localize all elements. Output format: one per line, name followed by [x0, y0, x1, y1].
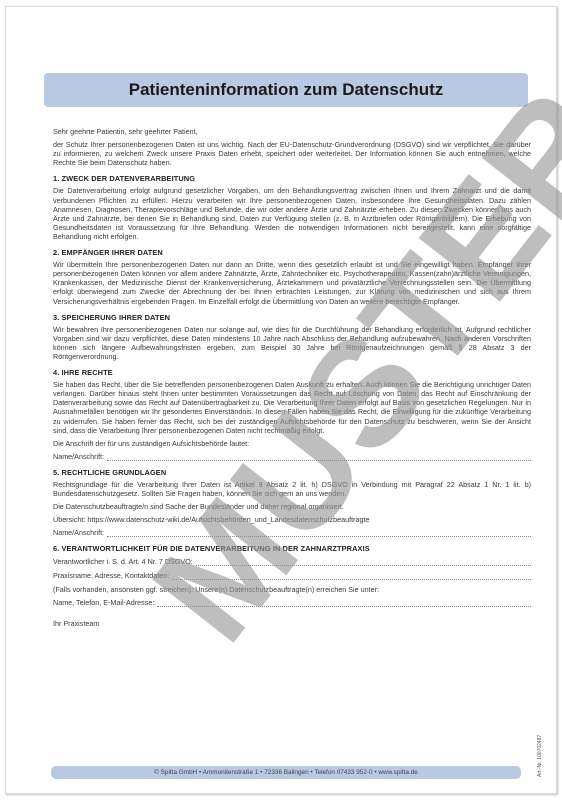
footer-banner: © Spitta GmbH • Ammonitenstraße 1 • 7233… — [51, 766, 521, 779]
document-body: Sehr geehrte Patientin, sehr geehrter Pa… — [53, 127, 531, 632]
contact-details-line[interactable] — [157, 599, 531, 607]
practice-details-field[interactable]: Praxisname, Adresse, Kontaktdaten: — [53, 571, 531, 580]
section-5-text: Rechtsgrundlage für die Verarbeitung Ihr… — [53, 480, 531, 498]
section-5-overview-link[interactable]: Übersicht: https://www.datenschutz-wiki.… — [53, 515, 531, 524]
section-5-note: Die Datenschutzbeauftragte/n sind Sache … — [53, 502, 531, 511]
authority-address-label: Name/Anschrift: — [53, 452, 104, 461]
authority-address-field[interactable]: Name/Anschrift: — [53, 452, 531, 461]
section-6-note: (Falls vorhanden, ansonsten ggf. streich… — [53, 585, 531, 594]
contact-details-field[interactable]: Name, Telefon, E-Mail-Adresse: — [53, 598, 531, 607]
document-title: Patienteninformation zum Datenschutz — [129, 80, 444, 100]
section-4-text: Sie haben das Recht, über die Sie betref… — [53, 380, 531, 435]
section-5-heading: 5. RECHTLICHE GRUNDLAGEN — [53, 468, 531, 477]
practice-details-label: Praxisname, Adresse, Kontaktdaten: — [53, 571, 169, 580]
section-3-heading: 3. SPEICHERUNG IHRER DATEN — [53, 313, 531, 322]
signoff: Ihr Praxisteam — [53, 619, 531, 628]
contact-details-label: Name, Telefon, E-Mail-Adresse: — [53, 598, 154, 607]
footer-text: © Spitta GmbH • Ammonitenstraße 1 • 7233… — [154, 769, 418, 776]
section-2-text: Wir übermitteln Ihre personenbezogenen D… — [53, 260, 531, 305]
article-number: Art.-Nr. 100702487 — [537, 735, 543, 777]
section-1-heading: 1. ZWECK DER DATENVERARBEITUNG — [53, 174, 531, 183]
title-banner: Patienteninformation zum Datenschutz — [44, 73, 528, 107]
section-4-heading: 4. IHRE RECHTE — [53, 368, 531, 377]
authority-address-line[interactable] — [107, 453, 531, 461]
practice-details-line[interactable] — [172, 572, 531, 580]
dpo-address-label: Name/Anschrift: — [53, 528, 104, 537]
section-6-heading: 6. VERANTWORTLICHKEIT FÜR DIE DATENVERAR… — [53, 544, 531, 553]
section-2-heading: 2. EMPFÄNGER IHRER DATEN — [53, 248, 531, 257]
controller-field[interactable]: Verantwortlicher i. S. d. Art. 4 Nr. 7 D… — [53, 557, 531, 566]
document-page: Patienteninformation zum Datenschutz Seh… — [5, 6, 557, 794]
intro-paragraph: der Schutz Ihrer personenbezogenen Daten… — [53, 140, 531, 167]
controller-label: Verantwortlicher i. S. d. Art. 4 Nr. 7 D… — [53, 557, 193, 566]
data-protection-officer-address-field[interactable]: Name/Anschrift: — [53, 528, 531, 537]
controller-line[interactable] — [196, 558, 531, 566]
section-1-text: Die Datenverarbeitung erfolgt aufgrund g… — [53, 186, 531, 241]
section-4-authority-note: Die Anschrift der für uns zuständigen Au… — [53, 439, 531, 448]
section-3-text: Wir bewahren Ihre personenbezogenen Date… — [53, 325, 531, 361]
dpo-address-line[interactable] — [107, 529, 531, 537]
salutation: Sehr geehrte Patientin, sehr geehrter Pa… — [53, 127, 531, 136]
